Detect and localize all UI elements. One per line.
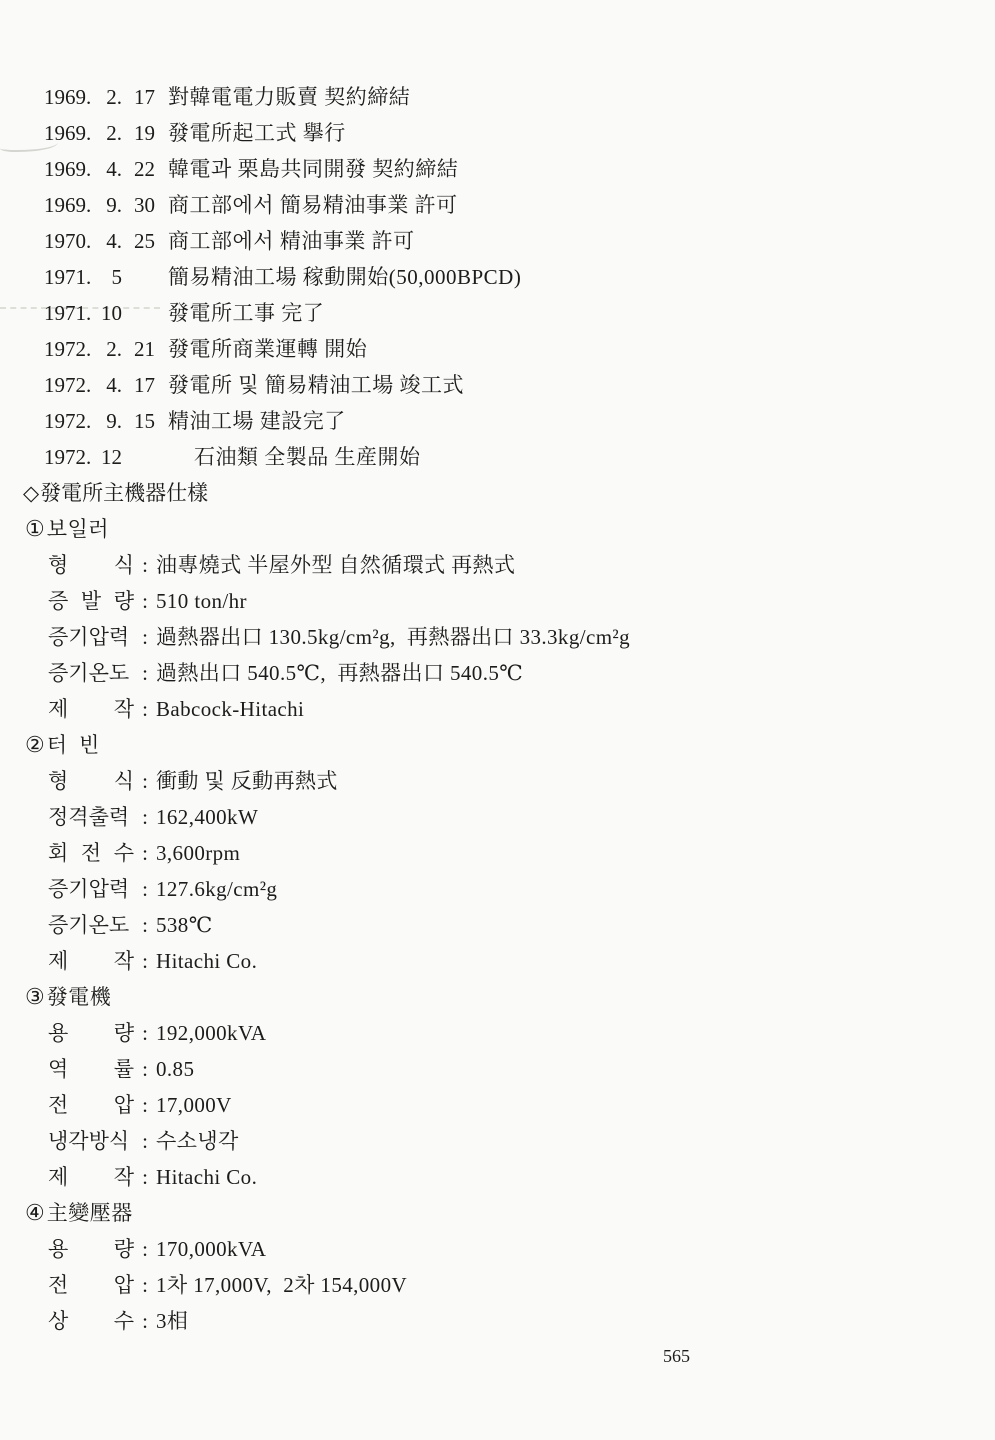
- spec-item: 냉각방식:수소냉각: [0, 1123, 995, 1159]
- spec-colon: :: [134, 907, 156, 943]
- spec-value: 3相: [156, 1303, 188, 1339]
- spec-label: 용 량: [48, 1015, 134, 1051]
- spec-label: 증기온도: [48, 907, 134, 943]
- spec-label: 용 량: [48, 1231, 134, 1267]
- spec-label: 증 발 량: [48, 583, 134, 619]
- entry-month: 5: [100, 259, 122, 295]
- spec-colon: :: [134, 1267, 156, 1303]
- entry-text: 發電所工事 完了: [168, 295, 324, 331]
- entry-month: 2.: [100, 331, 122, 367]
- entry-day: 21: [122, 331, 168, 367]
- entry-month: 4.: [100, 223, 122, 259]
- spec-colon: :: [134, 547, 156, 583]
- entry-day: 19: [122, 115, 168, 151]
- spec-value: 3,600rpm: [156, 835, 240, 871]
- timeline-entry: 1969.4.22韓電과 栗島共同開發 契約締結: [0, 151, 995, 187]
- entry-text: 發電所 및 簡易精油工場 竣工式: [168, 367, 464, 403]
- entry-month: 10: [100, 295, 122, 331]
- entry-text: 商工部에서 精油事業 許可: [168, 223, 415, 259]
- section-title-text: 主變壓器: [47, 1195, 133, 1231]
- spec-colon: :: [134, 691, 156, 727]
- spec-item: 제 작:Hitachi Co.: [0, 943, 995, 979]
- spec-value: Babcock-Hitachi: [156, 691, 304, 727]
- entry-month: 9.: [100, 187, 122, 223]
- spec-value: 수소냉각: [156, 1123, 239, 1159]
- spec-colon: :: [134, 1159, 156, 1195]
- timeline-entry: 1972.12石油類 全製品 生産開始: [0, 439, 995, 475]
- spec-value: 170,000kVA: [156, 1231, 266, 1267]
- spec-item: 용 량:192,000kVA: [0, 1015, 995, 1051]
- spec-value: Hitachi Co.: [156, 1159, 257, 1195]
- spec-item: 증기온도:538℃: [0, 907, 995, 943]
- spec-item: 형 식:油專燒式 半屋外型 自然循環式 再熱式: [0, 547, 995, 583]
- spec-label: 정격출력: [48, 799, 134, 835]
- timeline-entry: 1971.5簡易精油工場 稼動開始(50,000BPCD): [0, 259, 995, 295]
- spec-item: 제 작:Hitachi Co.: [0, 1159, 995, 1195]
- spec-colon: :: [134, 655, 156, 691]
- spec-item: 회 전 수:3,600rpm: [0, 835, 995, 871]
- spec-colon: :: [134, 799, 156, 835]
- spec-item: 전 압:1차 17,000V, 2차 154,000V: [0, 1267, 995, 1303]
- spec-value: 192,000kVA: [156, 1015, 266, 1051]
- spec-label: 형 식: [48, 763, 134, 799]
- entry-text: 對韓電電力販賣 契約締結: [168, 79, 410, 115]
- entry-month: 9.: [100, 403, 122, 439]
- entry-day: 17: [122, 79, 168, 115]
- spec-value: 162,400kW: [156, 799, 258, 835]
- spec-colon: :: [134, 1123, 156, 1159]
- spec-value: 538℃: [156, 907, 213, 943]
- entry-text: 商工部에서 簡易精油事業 許可: [168, 187, 458, 223]
- spec-colon: :: [134, 763, 156, 799]
- spec-label: 냉각방식: [48, 1123, 134, 1159]
- spec-value: 過熱器出口 130.5kg/cm²g, 再熱器出口 33.3kg/cm²g: [156, 619, 630, 655]
- entry-year: 1969.: [44, 115, 100, 151]
- spec-item: 상 수:3相: [0, 1303, 995, 1339]
- timeline-entry: 1972.4.17發電所 및 簡易精油工場 竣工式: [0, 367, 995, 403]
- timeline-entry: 1969.9.30商工部에서 簡易精油事業 許可: [0, 187, 995, 223]
- entry-day: 25: [122, 223, 168, 259]
- section-title-text: 보일러: [47, 511, 109, 547]
- spec-value: 127.6kg/cm²g: [156, 871, 277, 907]
- spec-value: 1차 17,000V, 2차 154,000V: [156, 1267, 407, 1303]
- circled-number-icon: ③: [25, 979, 45, 1015]
- spec-item: 정격출력:162,400kW: [0, 799, 995, 835]
- specs-heading: ◇發電所主機器仕樣: [0, 475, 995, 511]
- spec-value: 0.85: [156, 1051, 194, 1087]
- spec-value: Hitachi Co.: [156, 943, 257, 979]
- entry-text: 發電所起工式 擧行: [168, 115, 346, 151]
- spec-label: 제 작: [48, 1159, 134, 1195]
- entry-year: 1969.: [44, 151, 100, 187]
- circled-number-icon: ①: [25, 511, 45, 547]
- spec-colon: :: [134, 1015, 156, 1051]
- entry-month: 4.: [100, 367, 122, 403]
- entry-text: 發電所商業運轉 開始: [168, 331, 367, 367]
- spec-item: 용 량:170,000kVA: [0, 1231, 995, 1267]
- diamond-marker: ◇: [23, 475, 39, 511]
- section-title-boiler: ①보일러: [0, 511, 995, 547]
- entry-month: 2.: [100, 79, 122, 115]
- spec-colon: :: [134, 619, 156, 655]
- spec-item: 증기온도:過熱出口 540.5℃, 再熱器出口 540.5℃: [0, 655, 995, 691]
- spec-label: 증기압력: [48, 619, 134, 655]
- spec-value: 17,000V: [156, 1087, 232, 1123]
- entry-year: 1972.: [44, 439, 100, 475]
- spec-item: 형 식:衝動 및 反動再熱式: [0, 763, 995, 799]
- entry-year: 1972.: [44, 331, 100, 367]
- spec-item: 전 압:17,000V: [0, 1087, 995, 1123]
- spec-label: 역 률: [48, 1051, 134, 1087]
- spec-label: 제 작: [48, 691, 134, 727]
- spec-colon: :: [134, 1231, 156, 1267]
- spec-label: 증기온도: [48, 655, 134, 691]
- spec-value: 油專燒式 半屋外型 自然循環式 再熱式: [156, 547, 515, 583]
- spec-label: 형 식: [48, 547, 134, 583]
- circled-number-icon: ②: [25, 727, 45, 763]
- entry-text: 石油類 全製品 生産開始: [168, 439, 421, 475]
- entry-day: 15: [122, 403, 168, 439]
- timeline-entry: 1969.2.17對韓電電力販賣 契約締結: [0, 79, 995, 115]
- timeline-entry: 1972.9.15精油工場 建設完了: [0, 403, 995, 439]
- timeline-entry: 1971.10發電所工事 完了: [0, 295, 995, 331]
- spec-item: 증 발 량:510 ton/hr: [0, 583, 995, 619]
- page-number: 565: [663, 1345, 690, 1367]
- spec-label: 전 압: [48, 1267, 134, 1303]
- page-content: 1969.2.17對韓電電力販賣 契約締結 1969.2.19發電所起工式 擧行…: [0, 79, 995, 1339]
- section-title-text: 發電機: [47, 979, 112, 1015]
- spec-label: 제 작: [48, 943, 134, 979]
- entry-text: 韓電과 栗島共同開發 契約締結: [168, 151, 458, 187]
- entry-month: 2.: [100, 115, 122, 151]
- timeline-entry: 1972.2.21發電所商業運轉 開始: [0, 331, 995, 367]
- spec-value: 510 ton/hr: [156, 583, 247, 619]
- spec-colon: :: [134, 583, 156, 619]
- entry-year: 1969.: [44, 79, 100, 115]
- specs-heading-text: 發電所主機器仕樣: [40, 475, 208, 511]
- entry-text: 精油工場 建設完了: [168, 403, 346, 439]
- entry-year: 1970.: [44, 223, 100, 259]
- section-title-generator: ③發電機: [0, 979, 995, 1015]
- spec-label: 증기압력: [48, 871, 134, 907]
- spec-colon: :: [134, 1087, 156, 1123]
- entry-year: 1969.: [44, 187, 100, 223]
- section-title-turbine: ②터 빈: [0, 727, 995, 763]
- entry-year: 1971.: [44, 259, 100, 295]
- spec-colon: :: [134, 835, 156, 871]
- entry-year: 1972.: [44, 403, 100, 439]
- entry-day: 22: [122, 151, 168, 187]
- spec-colon: :: [134, 1303, 156, 1339]
- circled-number-icon: ④: [25, 1195, 45, 1231]
- spec-value: 衝動 및 反動再熱式: [156, 763, 338, 799]
- timeline-entry: 1970.4.25商工部에서 精油事業 許可: [0, 223, 995, 259]
- spec-item: 제 작:Babcock-Hitachi: [0, 691, 995, 727]
- section-title-text: 터 빈: [47, 727, 100, 763]
- spec-colon: :: [134, 943, 156, 979]
- entry-year: 1971.: [44, 295, 100, 331]
- spec-item: 증기압력:127.6kg/cm²g: [0, 871, 995, 907]
- section-title-main-transformer: ④主變壓器: [0, 1195, 995, 1231]
- spec-label: 전 압: [48, 1087, 134, 1123]
- timeline-entry: 1969.2.19發電所起工式 擧行: [0, 115, 995, 151]
- spec-item: 증기압력:過熱器出口 130.5kg/cm²g, 再熱器出口 33.3kg/cm…: [0, 619, 995, 655]
- entry-month: 4.: [100, 151, 122, 187]
- spec-value: 過熱出口 540.5℃, 再熱器出口 540.5℃: [156, 655, 523, 691]
- entry-month: 12: [100, 439, 122, 475]
- spec-colon: :: [134, 1051, 156, 1087]
- entry-day: 17: [122, 367, 168, 403]
- spec-item: 역 률:0.85: [0, 1051, 995, 1087]
- entry-day: 30: [122, 187, 168, 223]
- spec-colon: :: [134, 871, 156, 907]
- spec-label: 회 전 수: [48, 835, 134, 871]
- entry-year: 1972.: [44, 367, 100, 403]
- scanned-document-page: 1969.2.17對韓電電力販賣 契約締結 1969.2.19發電所起工式 擧行…: [0, 0, 995, 1440]
- entry-text: 簡易精油工場 稼動開始(50,000BPCD): [168, 259, 521, 295]
- spec-label: 상 수: [48, 1303, 134, 1339]
